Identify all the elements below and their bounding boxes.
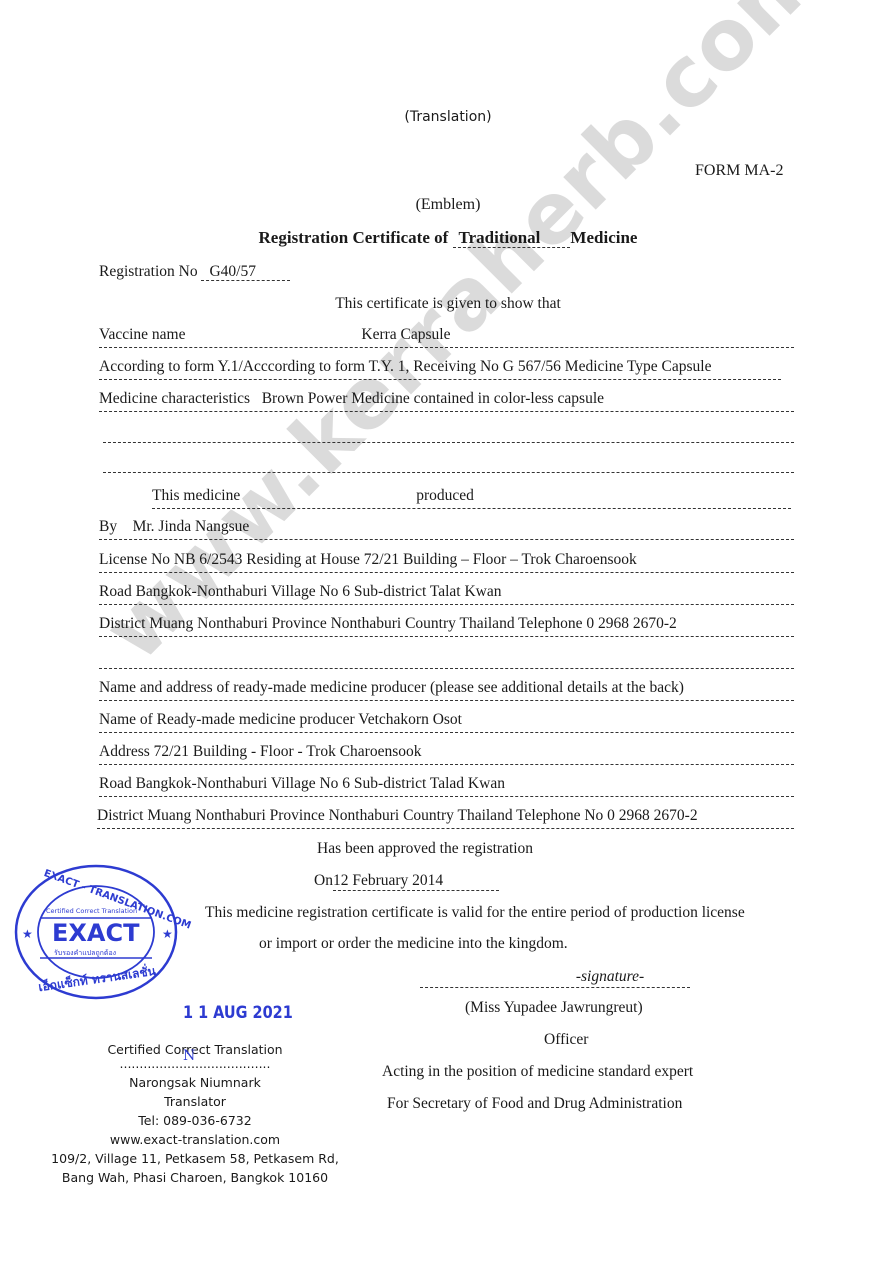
- stamp-thai-line: รับรองคำแปลถูกต้อง: [54, 948, 116, 959]
- blank-line-3: [99, 646, 794, 669]
- translation-label: (Translation): [0, 109, 896, 125]
- translator-initial: N: [183, 1051, 195, 1061]
- registration-value: G40/57: [201, 263, 290, 281]
- translator-role: Translator: [40, 1092, 350, 1111]
- officer-title: Officer: [544, 1031, 588, 1049]
- signature-line: -signature-: [420, 967, 690, 988]
- producer-address-row: Address 72/21 Building - Floor - Trok Ch…: [99, 742, 794, 765]
- vaccine-name-value: Kerra Capsule: [361, 326, 450, 343]
- translator-tel: Tel: 089-036-6732: [40, 1111, 350, 1130]
- producer-heading: Name and address of ready-made medicine …: [99, 678, 794, 701]
- signature-text: -signature-: [466, 968, 644, 985]
- stamp-brand: EXACT: [52, 919, 139, 947]
- registration-label: Registration No: [99, 263, 198, 280]
- translator-address-2: Bang Wah, Phasi Charoen, Bangkok 10160: [40, 1168, 350, 1187]
- by-row: By Mr. Jinda Nangsue: [99, 517, 794, 540]
- officer-name: (Miss Yupadee Jawrungreut): [465, 999, 643, 1017]
- medicine-row: This medicineproduced: [152, 486, 791, 509]
- title-prefix: Registration Certificate of: [259, 228, 449, 247]
- characteristics-label: Medicine characteristics: [99, 390, 250, 407]
- characteristics-value: Brown Power Medicine contained in color-…: [262, 390, 604, 407]
- svg-text:★: ★: [162, 927, 173, 941]
- officer-authority: For Secretary of Food and Drug Administr…: [387, 1095, 682, 1113]
- translator-signature: ...................................... N: [40, 1059, 350, 1069]
- road-row: Road Bangkok-Nonthaburi Village No 6 Sub…: [99, 582, 794, 605]
- date-label: On: [314, 872, 333, 889]
- characteristics-row: Medicine characteristics Brown Power Med…: [99, 389, 794, 412]
- blank-line-1: [103, 420, 794, 443]
- medicine-label: This medicine: [152, 487, 240, 504]
- vaccine-name-label: Vaccine name: [99, 326, 186, 343]
- emblem-label: (Emblem): [0, 196, 896, 214]
- validity-line-2: or import or order the medicine into the…: [259, 935, 568, 953]
- producer-road-row: Road Bangkok-Nonthaburi Village No 6 Sub…: [99, 774, 794, 797]
- by-value: Mr. Jinda Nangsue: [133, 518, 250, 535]
- district-row: District Muang Nonthaburi Province Nonth…: [99, 614, 794, 637]
- by-label: By: [99, 518, 117, 535]
- translator-block: Certified Correct Translation ..........…: [40, 1040, 350, 1187]
- medicine-value: produced: [416, 487, 474, 504]
- page-title: Registration Certificate of TraditionalM…: [0, 228, 896, 248]
- producer-name-row: Name of Ready-made medicine producer Vet…: [99, 710, 794, 733]
- title-type: Traditional: [453, 228, 571, 248]
- validity-line-1: This medicine registration certificate i…: [205, 904, 745, 922]
- vaccine-name-row: Vaccine name Kerra Capsule: [99, 325, 794, 348]
- form-row: According to form Y.1/Acccording to form…: [99, 357, 781, 380]
- blank-line-2: [103, 450, 794, 473]
- date-value: 12 February 2014: [333, 872, 499, 891]
- date-row: On12 February 2014: [314, 872, 499, 890]
- title-suffix: Medicine: [570, 228, 637, 247]
- translator-address-1: 109/2, Village 11, Petkasem 58, Petkasem…: [40, 1149, 350, 1168]
- license-row: License No NB 6/2543 Residing at House 7…: [99, 550, 794, 573]
- stamp-date: 1 1 AUG 2021: [183, 1003, 293, 1023]
- stamp-inner-top: Certified Correct Translation: [46, 907, 137, 915]
- form-code: FORM MA-2: [695, 162, 783, 180]
- intro-text: This certificate is given to show that: [0, 295, 896, 313]
- officer-role: Acting in the position of medicine stand…: [382, 1063, 693, 1081]
- translator-website: www.exact-translation.com: [40, 1130, 350, 1149]
- producer-district-row: District Muang Nonthaburi Province Nonth…: [97, 806, 794, 829]
- certification-stamp: ★ ★ EXACT - TRANSLATION.COM Certified Co…: [12, 862, 182, 1002]
- approved-text: Has been approved the registration: [317, 840, 533, 858]
- translator-name: Narongsak Niumnark: [40, 1073, 350, 1092]
- registration-row: Registration No G40/57: [99, 263, 290, 281]
- svg-text:★: ★: [22, 927, 33, 941]
